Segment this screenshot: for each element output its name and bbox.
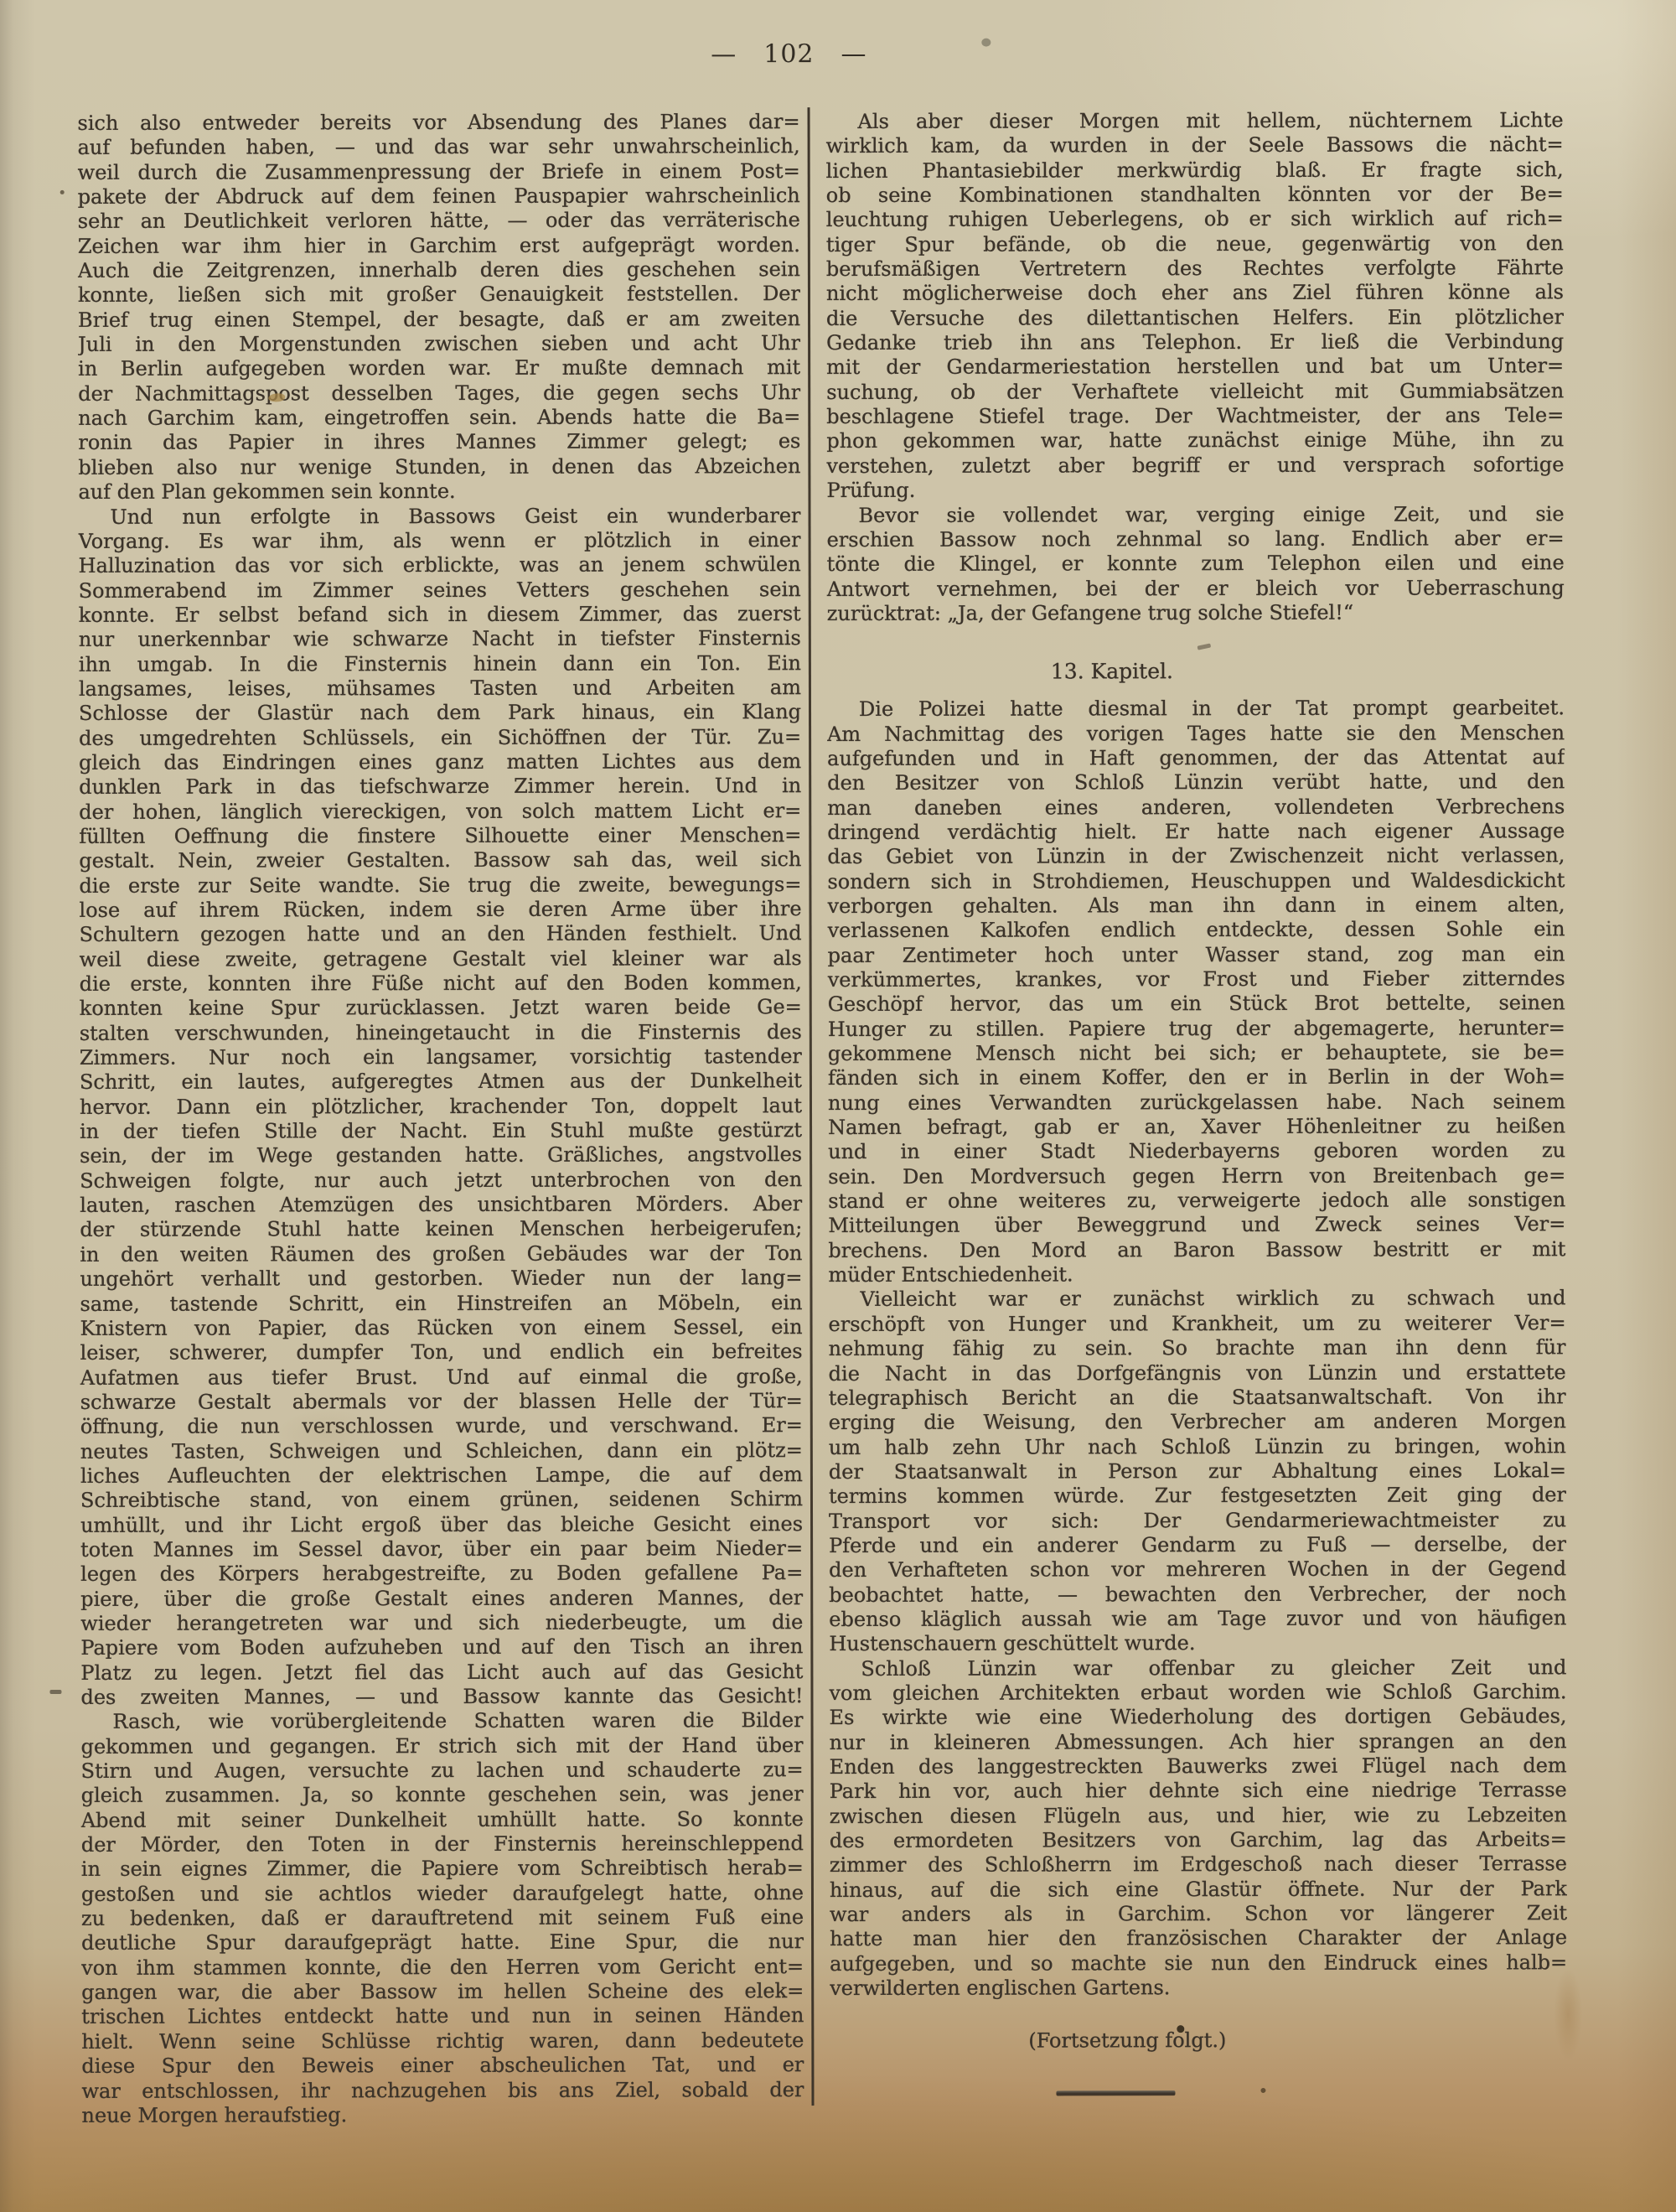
text-line: gleich das Eindringen eines ganz matten …: [79, 749, 801, 775]
text-line: Prüfung.: [826, 477, 1564, 503]
text-line: in Berlin aufgegeben worden war. Er mußt…: [78, 356, 800, 382]
text-line: füllten Oeffnung die finstere Silhouette…: [79, 823, 801, 849]
text-line: umhüllt, und ihr Licht ergoß über das bl…: [80, 1512, 803, 1538]
text-line: gekommene Mensch nicht bei sich; er beha…: [828, 1040, 1565, 1066]
text-line: man daneben eines anderen, vollendeten V…: [827, 795, 1565, 821]
text-line: brechens. Den Mord an Baron Bassow bestr…: [828, 1237, 1565, 1263]
text-line: blieben also nur wenige Stunden, in dene…: [78, 454, 800, 480]
text-line: erschöpft von Hunger und Krankheit, um z…: [829, 1311, 1566, 1337]
text-line: Antwort vernehmen, bei der er bleich vor…: [827, 576, 1565, 602]
text-line: ronin das Papier in ihres Mannes Zimmer …: [78, 430, 800, 456]
text-line: Abend mit seiner Dunkelheit umhüllt hatt…: [81, 1807, 804, 1833]
text-line: vom gleichen Architekten erbaut worden w…: [829, 1680, 1566, 1706]
text-line: Knistern von Papier, das Rücken von eine…: [80, 1315, 803, 1341]
text-line: zimmer des Schloßherrn im Erdgeschoß nac…: [830, 1852, 1567, 1878]
text-line: Schultern gezogen hatte und an den Hände…: [80, 921, 802, 947]
text-line: Brief trug einen Stempel, der besagte, d…: [78, 307, 800, 333]
text-line: Gedanke trieb ihn ans Telephon. Er ließ …: [826, 329, 1564, 355]
left-text-column: sich also entweder bereits vor Absendung…: [78, 110, 804, 2128]
text-line: wirklich kam, da wurden in der Seele Bas…: [826, 133, 1564, 159]
text-line: berufsmäßigen Vertretern des Rechtes ver…: [826, 256, 1564, 282]
text-line: des ermordeten Besitzers von Garchim, la…: [830, 1827, 1567, 1853]
text-line: Rasch, wie vorübergleitende Schatten war…: [81, 1708, 804, 1734]
text-line: Auch die Zeitgrenzen, innerhalb deren di…: [78, 257, 800, 283]
text-line: beschlagene Stiefel trage. Der Wachtmeis…: [826, 403, 1564, 429]
paper-stain: [981, 39, 991, 47]
text-line: verkümmertes, krankes, vor Frost und Fie…: [828, 966, 1565, 992]
text-line: neue Morgen heraufstieg.: [81, 2102, 804, 2128]
text-line: gestoßen und sie achtlos wieder daraufge…: [81, 1881, 804, 1907]
text-line: Halluzination das vor sich erblickte, wa…: [79, 552, 801, 578]
text-line: in sein eignes Zimmer, die Papiere vom S…: [81, 1856, 804, 1882]
text-line: piere, über die große Gestalt eines ande…: [80, 1586, 803, 1612]
text-line: lauten, raschen Atemzügen des unsichtbar…: [80, 1192, 802, 1218]
text-line: beobachtet hatte, — bewachten den Verbre…: [829, 1582, 1566, 1608]
text-line: Transport vor sich: Der Gendarmeriewacht…: [829, 1508, 1566, 1534]
text-line: verborgen gehalten. Als man ihn dann in …: [827, 893, 1565, 919]
text-line: phon gekommen war, hatte zunächst einige…: [826, 428, 1564, 454]
text-line: Zeichen war ihm hier in Garchim erst auf…: [78, 233, 800, 259]
text-line: Schritt, ein lautes, aufgeregtes Atmen a…: [80, 1069, 802, 1095]
text-line: auf befunden haben, — und das war sehr u…: [78, 134, 800, 160]
text-line: Vielleicht war er zunächst wirklich zu s…: [828, 1287, 1565, 1313]
text-line: fänden sich in einem Koffer, den er in B…: [828, 1065, 1565, 1091]
text-line: des zweiten Mannes, — und Bassow kannte …: [80, 1684, 803, 1710]
ink-speck: [49, 1690, 61, 1694]
text-line: war anders als in Garchim. Schon vor län…: [830, 1901, 1567, 1927]
text-line: den Verhafteten schon vor mehreren Woche…: [829, 1557, 1566, 1583]
text-line: telegraphisch Bericht an die Staatsanwal…: [829, 1385, 1566, 1411]
text-line: legen des Körpers herabgestreifte, zu Bo…: [80, 1561, 803, 1587]
text-line: zwischen diesen Flügeln aus, und hier, w…: [830, 1803, 1567, 1829]
ink-speck: [60, 190, 65, 194]
paper-stain: [277, 1409, 378, 1459]
text-line: der hohen, länglich viereckigen, von sol…: [79, 799, 801, 825]
text-line: Park hin vor, auch hier dehnte sich eine…: [830, 1779, 1567, 1805]
page-header: — 102 —: [696, 37, 881, 70]
text-line: hervor. Dann ein plötzlicher, krachender…: [80, 1094, 802, 1120]
text-line: des umgedrehten Schlüssels, ein Sichöffn…: [79, 725, 801, 751]
text-line: hatte man hier den französischen Charakt…: [830, 1926, 1567, 1952]
text-line: von ihm stammen konnte, die den Herren v…: [81, 1955, 804, 1981]
text-line: Sommerabend im Zimmer seines Vetters ges…: [79, 578, 801, 604]
text-line: stand er ohne weiteres zu, verweigerte j…: [828, 1188, 1565, 1214]
text-line: leiser, schwerer, dumpfer Ton, und endli…: [80, 1339, 803, 1365]
scanned-page: — 102 — sich also entweder bereits vor A…: [0, 0, 1676, 2212]
text-line: nach Garchim kam, eingetroffen sein. Abe…: [78, 405, 800, 431]
text-line: nehmung fähig zu sein. So brachte man ih…: [829, 1335, 1566, 1361]
text-line: Geschöpf hervor, das um ein Stück Brot b…: [828, 992, 1565, 1018]
text-line: erging die Weisung, den Verbrecher am an…: [829, 1409, 1566, 1435]
text-line: termins kommen würde. Zur festgesetzten …: [829, 1483, 1566, 1509]
text-line: deutliche Spur daraufgeprägt hatte. Eine…: [81, 1930, 804, 1956]
text-line: paar Zentimeter hoch unter Wasser stand,…: [828, 942, 1565, 968]
continuation-note: (Fortsetzung folgt.): [830, 2028, 1425, 2054]
text-line: Platz zu legen. Jetzt fiel das Licht auc…: [80, 1660, 803, 1686]
text-line: leuchtung ruhigen Ueberlegens, ob er sic…: [826, 207, 1564, 233]
text-line: zu bedenken, daß er darauftretend mit se…: [81, 1905, 804, 1931]
text-line: neutes Tasten, Schweigen und Schleichen,…: [80, 1438, 803, 1464]
text-line: den Besitzer von Schloß Lünzin verübt ha…: [827, 769, 1565, 795]
text-line: die erste, konnten ihre Füße nicht auf d…: [80, 971, 802, 997]
text-line: schwarze Gestalt abermals vor der blasse…: [80, 1389, 803, 1415]
text-line: Und nun erfolgte in Bassows Geist ein wu…: [78, 504, 800, 530]
text-line: aufgegeben, und so machte sie nun den Ei…: [830, 1950, 1567, 1976]
text-line: um halb zehn Uhr nach Schloß Lünzin zu b…: [829, 1434, 1566, 1460]
text-line: Mitteilungen über Beweggrund und Zweck s…: [828, 1213, 1565, 1239]
text-line: Schloß Lünzin war offenbar zu gleicher Z…: [829, 1655, 1566, 1681]
text-line: trischen Lichtes entdeckt hatte und nun …: [81, 2004, 804, 2030]
text-line: die erste zur Seite wandte. Sie trug die…: [79, 873, 801, 899]
text-line: Als aber dieser Morgen mit hellem, nücht…: [826, 108, 1564, 134]
text-line: die Versuche des dilettantischen Helfers…: [826, 305, 1564, 331]
text-line: same, tastende Schritt, ein Hinstreifen …: [80, 1291, 802, 1317]
text-line: konnte. Er selbst befand sich in diesem …: [79, 602, 801, 628]
text-line: konnten keine Spur zurücklassen. Jetzt w…: [80, 995, 802, 1021]
text-line: gekommen und gegangen. Er strich sich mi…: [81, 1733, 804, 1759]
header-dash-right: —: [841, 39, 866, 68]
text-line: dringend verdächtig hielt. Er hatte nach…: [827, 819, 1565, 845]
text-line: Stirn und Augen, versuchte zu lachen und…: [81, 1758, 804, 1784]
chapter-heading: 13. Kapitel.: [827, 659, 1397, 685]
text-line: verstehen, zuletzt aber begriff er und v…: [826, 453, 1564, 479]
text-line: Hustenschauern geschüttelt wurde.: [829, 1630, 1566, 1656]
text-line: pakete der Abdruck auf dem feinen Pauspa…: [78, 184, 800, 210]
text-line: sehr an Deutlichkeit verloren hätte, — o…: [78, 208, 800, 234]
text-line: tiger Spur befände, ob die neue, gegenwä…: [826, 231, 1564, 257]
text-line: öffnung, die nun verschlossen wurde, und…: [80, 1413, 803, 1439]
paper-stain: [1554, 1968, 1582, 2060]
text-line: zurücktrat: „Ja, der Gefangene trug solc…: [827, 600, 1565, 626]
text-line: Pferde und ein anderer Gendarm zu Fuß — …: [829, 1532, 1566, 1558]
text-line: Enden des langgestreckten Bauwerks zwei …: [830, 1754, 1567, 1779]
text-line: hinaus, auf die sich eine Glastür öffnet…: [830, 1877, 1567, 1903]
text-line: dunklen Park in das tiefschwarze Zimmer …: [79, 774, 801, 800]
text-line: Es wirkte wie eine Wiederholung des dort…: [829, 1704, 1566, 1730]
text-line: Am Nachmittag des vorigen Tages hatte si…: [827, 721, 1565, 747]
text-line: Juli in den Morgenstunden zwischen siebe…: [78, 331, 800, 357]
text-line: Aufatmen aus tiefer Brust. Und auf einma…: [80, 1365, 803, 1391]
text-line: verlassenen Kalkofen endlich entdeckte, …: [828, 917, 1565, 943]
text-line: der Staatsanwalt in Person zur Abhaltung…: [829, 1458, 1566, 1484]
text-line: Schreibtische stand, von einem grünen, s…: [80, 1487, 803, 1513]
text-line: lichen Phantasiebilder merkwürdig blaß. …: [826, 158, 1564, 184]
text-line: nur in kleineren Abmessungen. Ach hier s…: [830, 1729, 1567, 1755]
text-line: gangen war, die aber Bassow im hellen Sc…: [81, 1979, 804, 2005]
text-line: gleich zusammen. Ja, so konnte geschehen…: [81, 1782, 804, 1808]
text-line: der Nachmittagspost desselben Tages, die…: [78, 381, 800, 407]
text-line: verwilderten englischen Gartens.: [830, 1975, 1567, 2001]
text-line: Namen befragt, gab er an, Xaver Höhenlei…: [828, 1114, 1565, 1140]
text-line: das Gebiet von Lünzin in der Zwischenzei…: [827, 843, 1565, 869]
text-line: ungehört verhallt und gestorben. Wieder …: [80, 1266, 802, 1292]
section-end-rule: [1056, 2090, 1175, 2095]
text-line: sein. Den Mordversuch gegen Herrn von Br…: [828, 1163, 1565, 1189]
column-divider-rule: [808, 107, 815, 2106]
text-line: toten Mannes im Sessel davor, über ein p…: [80, 1536, 803, 1562]
text-line: sein, der im Wege gestanden hatte. Gräßl…: [80, 1143, 802, 1169]
text-line: tönte die Klingel, er konnte zum Telepho…: [827, 551, 1565, 577]
text-line: ebenso kläglich aussah wie am Tage zuvor…: [829, 1606, 1566, 1632]
page-content: — 102 — sich also entweder bereits vor A…: [0, 0, 1676, 2212]
text-line: war entschlossen, ihr nachzugehen bis an…: [81, 2078, 804, 2104]
text-line: ihn umgab. In die Finsternis hinein dann…: [79, 651, 801, 677]
text-line: in den weiten Räumen des großen Gebäudes…: [80, 1241, 802, 1267]
text-line: sondern sich in Strohdiemen, Heuschuppen…: [827, 868, 1565, 894]
text-line: der Mörder, den Toten in der Finsternis …: [81, 1831, 804, 1857]
header-dash-left: —: [711, 39, 737, 69]
text-line: der stürzende Stuhl hatte keinen Mensche…: [80, 1217, 802, 1243]
text-line: hielt. Wenn seine Schlüsse richtig waren…: [81, 2028, 804, 2054]
text-line: Papiere vom Boden aufzuheben und auf den…: [80, 1634, 803, 1660]
ink-speck: [1177, 2025, 1184, 2033]
text-line: Schlosse der Glastür nach dem Park hinau…: [79, 700, 801, 726]
text-line: ob seine Kombinationen standhalten könnt…: [826, 182, 1564, 208]
text-line: wieder herangetreten war und sich nieder…: [80, 1610, 803, 1636]
text-line: auf den Plan gekommen sein konnte.: [78, 479, 800, 505]
text-line: aufgefunden und in Haft genommen, der da…: [827, 745, 1565, 771]
text-line: Die Polizei hatte diesmal in der Tat pro…: [827, 696, 1565, 722]
text-line: und in einer Stadt Niederbayerns geboren…: [828, 1139, 1565, 1165]
text-line: gestalt. Nein, zweier Gestalten. Bassow …: [79, 847, 801, 873]
text-line: Schweigen folgte, nur auch jetzt unterbr…: [80, 1168, 802, 1194]
text-line: weil durch die Zusammenpressung der Brie…: [78, 159, 800, 185]
text-line: diese Spur den Beweis einer abscheuliche…: [81, 2053, 804, 2079]
text-line: Vorgang. Es war ihm, als wenn er plötzli…: [79, 528, 801, 554]
text-line: sich also entweder bereits vor Absendung…: [78, 110, 800, 136]
text-line: Bevor sie vollendet war, verging einige …: [826, 502, 1564, 528]
text-line: suchung, ob der Verhaftete vielleicht mi…: [826, 379, 1564, 405]
text-line: die Nacht in das Dorfgefängnis von Lünzi…: [829, 1360, 1566, 1386]
text-line: weil diese zweite, getragene Gestalt vie…: [80, 946, 802, 972]
text-line: Hunger zu stillen. Papiere trug der abge…: [828, 1016, 1565, 1042]
text-line: in der tiefen Stille der Nacht. Ein Stuh…: [80, 1118, 802, 1144]
text-line: langsames, leises, mühsames Tasten und A…: [79, 676, 801, 702]
text-line: liches Aufleuchten der elektrischen Lamp…: [80, 1463, 803, 1489]
page-number: 102: [763, 39, 814, 69]
text-line: Zimmers. Nur noch ein langsamer, vorsich…: [80, 1044, 802, 1070]
text-line: nur unerkennbar wie schwarze Nacht in ti…: [79, 626, 801, 652]
text-line: mit der Gendarmeriestation herstellen un…: [826, 355, 1564, 381]
text-line: nicht möglicherweise doch eher ans Ziel …: [826, 281, 1564, 307]
text-line: lose auf ihrem Rücken, indem sie deren A…: [79, 897, 801, 923]
text-line: stalten verschwunden, hineingetaucht in …: [80, 1020, 802, 1046]
text-line: erschien Bassow noch zehnmal so lang. En…: [827, 526, 1565, 552]
ink-speck: [1260, 2088, 1265, 2093]
text-line: konnte, ließen sich mit großer Genauigke…: [78, 282, 800, 308]
text-line: nung eines Verwandten zurückgelassen hab…: [828, 1090, 1565, 1116]
right-text-column: Als aber dieser Morgen mit hellem, nücht…: [826, 108, 1568, 2054]
text-line: müder Entschiedenheit.: [828, 1261, 1565, 1287]
